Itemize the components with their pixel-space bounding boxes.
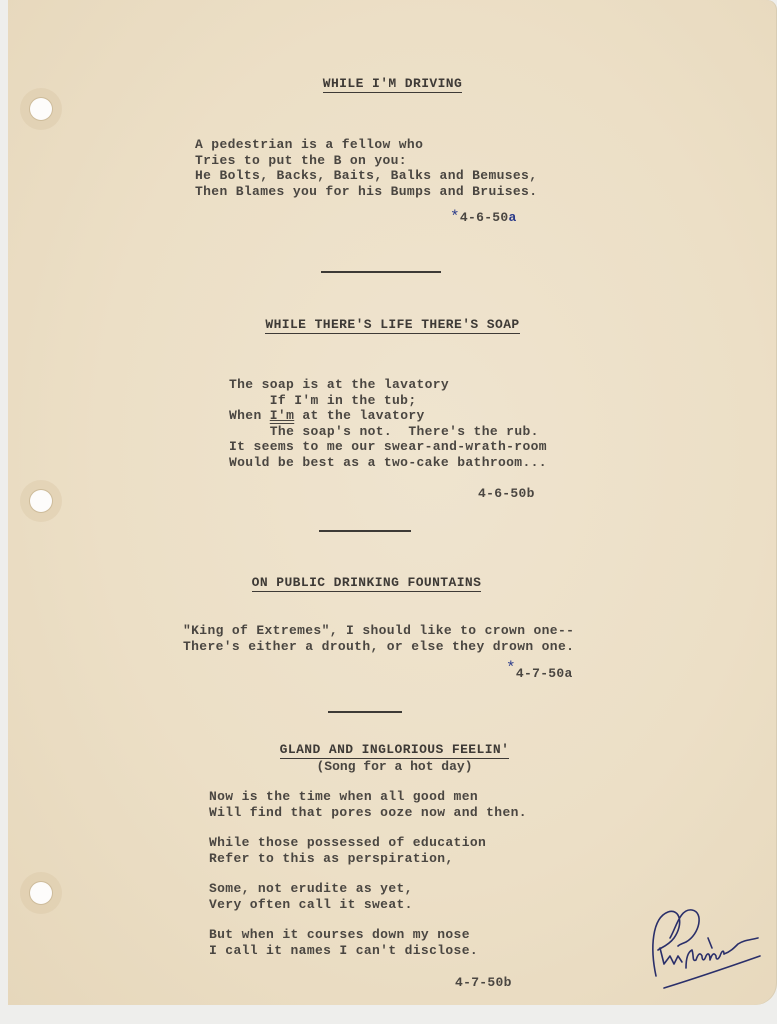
punch-hole-bottom xyxy=(30,882,52,904)
poem-1-body: A pedestrian is a fellow whoTries to put… xyxy=(195,137,537,199)
code-text: 4-7-50b xyxy=(455,975,512,990)
verse-line: If I'm in the tub; xyxy=(229,393,547,409)
verse-line: Tries to put the B on you: xyxy=(195,153,537,169)
verse-line: Now is the time when all good men xyxy=(209,789,527,805)
verse-line: The soap is at the lavatory xyxy=(229,377,547,393)
poem-4-body: Now is the time when all good menWill fi… xyxy=(209,789,527,958)
verse-line: "King of Extremes", I should like to cro… xyxy=(183,623,574,639)
asterisk-mark-icon: * xyxy=(506,659,516,677)
verse-line: Some, not erudite as yet, xyxy=(209,881,527,897)
code-text: 4-6-50b xyxy=(478,486,535,501)
poem-4-title: GLAND AND INGLORIOUS FEELIN' xyxy=(280,742,510,759)
verse-line: He Bolts, Backs, Baits, Balks and Bemuse… xyxy=(195,168,537,184)
poem-1-code: *4-6-50a xyxy=(450,208,517,226)
code-text: 4-7-50a xyxy=(516,666,573,681)
code-text: 4-6-50 xyxy=(460,210,509,225)
poem-title: GLAND AND INGLORIOUS FEELIN' xyxy=(6,742,777,757)
code-suffix: a xyxy=(509,210,517,225)
verse-line: A pedestrian is a fellow who xyxy=(195,137,537,153)
poem-title: ON PUBLIC DRINKING FOUNTAINS xyxy=(0,575,755,590)
verse-line: Would be best as a two-cake bathroom... xyxy=(229,455,547,471)
punch-hole-middle xyxy=(30,490,52,512)
poem-title: WHILE I'M DRIVING xyxy=(4,76,777,91)
poem-4-subtitle: (Song for a hot day) xyxy=(6,759,777,774)
poem-4-code: 4-7-50b xyxy=(455,975,512,990)
poem-title: WHILE THERE'S LIFE THERE'S SOAP xyxy=(4,317,777,332)
asterisk-mark-icon: * xyxy=(450,208,460,226)
poem-3-code: *4-7-50a xyxy=(506,664,573,682)
verse-line: But when it courses down my nose xyxy=(209,927,527,943)
divider-rule xyxy=(321,271,441,273)
verse-line: I call it names I can't disclose. xyxy=(209,943,527,959)
poem-1-title: WHILE I'M DRIVING xyxy=(323,76,462,93)
poem-2-title: WHILE THERE'S LIFE THERE'S SOAP xyxy=(265,317,519,334)
verse-line: Refer to this as perspiration, xyxy=(209,851,527,867)
punch-hole-top xyxy=(30,98,52,120)
poem-3-body: "King of Extremes", I should like to cro… xyxy=(183,623,574,654)
poem-2-body: The soap is at the lavatory If I'm in th… xyxy=(229,377,547,470)
divider-rule xyxy=(319,530,411,532)
verse-line: It seems to me our swear-and-wrath-room xyxy=(229,439,547,455)
divider-rule xyxy=(328,711,402,713)
verse-line: While those possessed of education xyxy=(209,835,527,851)
verse-line: Will find that pores ooze now and then. xyxy=(209,805,527,821)
verse-line: There's either a drouth, or else they dr… xyxy=(183,639,574,655)
poem-2-code: 4-6-50b xyxy=(478,486,535,501)
verse-line: The soap's not. There's the rub. xyxy=(229,424,547,440)
verse-line: Then Blames you for his Bumps and Bruise… xyxy=(195,184,537,200)
verse-line: Very often call it sweat. xyxy=(209,897,527,913)
poem-3-title: ON PUBLIC DRINKING FOUNTAINS xyxy=(252,575,482,592)
verse-line: When I'm at the lavatory xyxy=(229,408,547,424)
signature xyxy=(640,898,770,998)
